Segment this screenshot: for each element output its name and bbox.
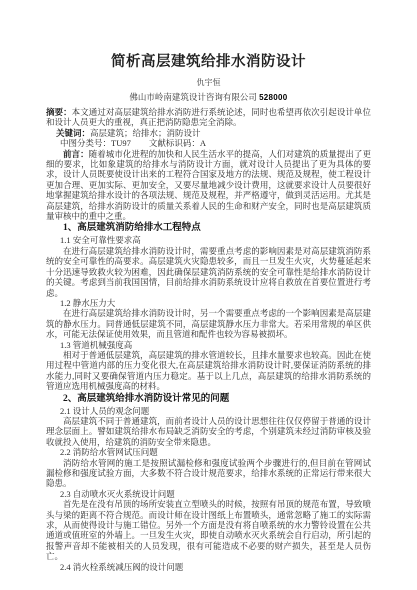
preface-paragraph: 前言：随着城市化进程的加快和人民生活水平的提高，人们对建筑的质量提出了更细的要求… bbox=[46, 149, 371, 222]
preface-label: 前言： bbox=[63, 149, 89, 159]
subsection-heading-2-1: 2.1 设计人员的观念问题 bbox=[46, 406, 371, 416]
author-name: 仇宇恒 bbox=[46, 77, 371, 88]
affiliation-name: 佛山市岭南建筑设计咨询有限公司 bbox=[129, 92, 257, 102]
subsection-body-2-2: 消防给水管网的施工是按照试漏检修和强度试验两个步骤进行的,但目前在管网试漏检修和… bbox=[46, 458, 371, 489]
subsection-heading-2-3: 2.3 自动喷水灭火系统设计问题 bbox=[46, 489, 371, 499]
keywords-line: 关键词：高层建筑；给排水；消防设计 bbox=[46, 128, 371, 138]
preface-text: 随着城市化进程的加快和人民生活水平的提高，人们对建筑的质量提出了更细的要求，比如… bbox=[46, 149, 371, 221]
clc-label: 中图分类号： bbox=[60, 138, 111, 148]
abstract-paragraph: 摘要：本文通过对高层建筑给排水消防进行系统论述，同时也希望再依次引起设计单位和设… bbox=[46, 107, 371, 128]
classification-line: 中图分类号：TU97文献标识码：A bbox=[46, 138, 371, 148]
subsection-heading-1-1: 1.1 安全可靠性要求高 bbox=[46, 235, 371, 245]
abstract-text: 本文通过对高层建筑给排水消防进行系统论述，同时也希望再依次引起设计单位和设计人员… bbox=[46, 107, 371, 127]
section-heading-2: 2、高层建筑给排水消防设计常见的问题 bbox=[46, 393, 371, 405]
doc-code-value: A bbox=[200, 138, 206, 148]
subsection-heading-1-3: 1.3 管道机械强度高 bbox=[46, 340, 371, 350]
subsection-body-1-1: 在进行高层建筑给排水消防设计时，需要重点考虑的影响因素是对高层建筑消防系统的安全… bbox=[46, 246, 371, 298]
clc-value: TU97 bbox=[111, 138, 131, 148]
paper-title: 简析高层建筑给排水消防设计 bbox=[46, 50, 371, 71]
subsection-body-1-2: 在进行高层建筑给排水消防设计时，另一个需要重点考虑的一个影响因素是高层建筑的静水… bbox=[46, 308, 371, 339]
doc-code-label: 文献标识码： bbox=[149, 138, 200, 148]
subsection-body-1-3: 相对于普通低层建筑，高层建筑的排水管道较长，且排水量要求也较高。因此在使用过程中… bbox=[46, 350, 371, 392]
subsection-body-2-1: 高层建筑不同于普通建筑，而前者设计人员的设计思想往往仅仅停留于普通的设计理念层面… bbox=[46, 416, 371, 447]
postal-code: 528000 bbox=[259, 93, 288, 102]
affiliation-line: 佛山市岭南建筑设计咨询有限公司 528000 bbox=[46, 91, 371, 103]
subsection-heading-2-4: 2.4 消火栓系统减压阀的设计问题 bbox=[46, 562, 371, 572]
section-heading-1: 1、高层建筑消防给排水工程特点 bbox=[46, 222, 371, 234]
subsection-heading-1-2: 1.2 静水压力大 bbox=[46, 298, 371, 308]
document-page: 简析高层建筑给排水消防设计 仇宇恒 佛山市岭南建筑设计咨询有限公司 528000… bbox=[0, 0, 417, 590]
keywords-text: 高层建筑；给排水；消防设计 bbox=[90, 128, 201, 138]
subsection-body-2-3: 首先是在没有吊顶的场所安装直立型喷头的时候，按照有吊顶的规范布置，导致喷头与梁的… bbox=[46, 499, 371, 561]
subsection-heading-2-2: 2.2 消防给水管网试压问题 bbox=[46, 447, 371, 457]
keywords-label: 关键词： bbox=[56, 128, 90, 138]
abstract-label: 摘要： bbox=[46, 107, 72, 117]
